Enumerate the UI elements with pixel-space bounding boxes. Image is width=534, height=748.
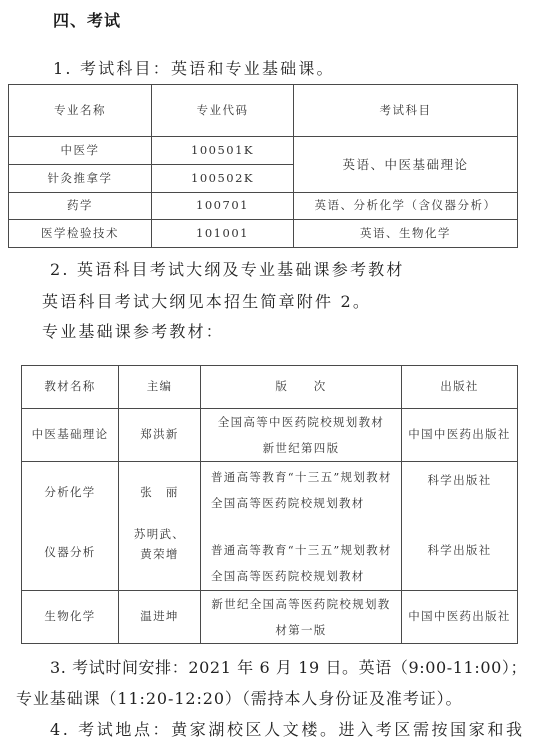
major-code: 101001 [152,220,294,248]
table-row: 中医学 100501K 英语、中医基础理论 [9,137,518,165]
textbook-edition: 普通高等教育“十三五”规划教材 全国高等医药院校规划教材 [201,462,402,524]
textbook-publisher: 中国中医药出版社 [402,409,518,462]
textbook-publisher: 科学出版社 [402,524,518,591]
header-major-code: 专业代码 [152,85,294,137]
table-row: 生物化学 温进坤 新世纪全国高等医药院校规划教 材第一版 中国中医药出版社 [22,591,518,644]
major-code: 100701 [152,193,294,220]
textbook-title: 生物化学 [22,591,119,644]
item2-heading: 2. 英语科目考试大纲及专业基础课参考教材 [50,257,405,280]
exam-subjects: 英语、分析化学（含仪器分析） [294,193,518,220]
header-publisher: 出版社 [402,366,518,409]
item3-exam-schedule: 3. 考试时间安排：2021 年 6 月 19 日。英语（9:00-11:00）… [50,655,527,678]
table-header-row: 教材名称 主编 版 次 出版社 [22,366,518,409]
textbook-edition: 普通高等教育“十三五”规划教材 全国高等医药院校规划教材 [201,524,402,591]
textbook-editor: 郑洪新 [119,409,201,462]
textbook-editor: 苏明武、 黄荣增 [119,524,201,591]
major-name: 药学 [9,193,152,220]
textbook-edition: 全国高等中医药院校规划教材 新世纪第四版 [201,409,402,462]
major-code: 100502K [152,165,294,193]
major-name: 中医学 [9,137,152,165]
header-textbook-title: 教材名称 [22,366,119,409]
textbook-title: 仪器分析 [22,524,119,591]
edition-line: 全国高等中医药院校规划教材 [201,409,401,435]
table-row: 药学 100701 英语、分析化学（含仪器分析） [9,193,518,220]
major-name: 针灸推拿学 [9,165,152,193]
item3-exam-schedule-cont: 专业基础课（11:20-12:20）（需持本人身份证及准考证）。 [16,686,462,709]
textbook-publisher: 中国中医药出版社 [402,591,518,644]
item1-exam-subjects: 1. 考试科目：英语和专业基础课。 [53,56,335,79]
section-heading: 四、考试 [53,8,121,31]
header-exam-subjects: 考试科目 [294,85,518,137]
textbook-title: 分析化学 [22,462,119,524]
header-major-name: 专业名称 [9,85,152,137]
table-header-row: 专业名称 专业代码 考试科目 [9,85,518,137]
textbook-editor: 张 丽 [119,462,201,524]
exam-subjects: 英语、生物化学 [294,220,518,248]
editor-line: 黄荣增 [119,544,200,564]
textbook-publisher: 科学出版社 [402,462,518,524]
textbook-title: 中医基础理论 [22,409,119,462]
textbooks-table: 教材名称 主编 版 次 出版社 中医基础理论 郑洪新 全国高等中医药院校规划教材… [21,365,518,644]
edition-line: 全国高等医药院校规划教材 [211,563,401,589]
item4-exam-location: 4. 考试地点：黄家湖校区人文楼。进入考区需按国家和我 [50,717,525,740]
header-editor: 主编 [119,366,201,409]
item2-textbooks-label: 专业基础课参考教材： [42,319,224,342]
editor-line: 苏明武、 [119,524,200,544]
edition-line: 新世纪全国高等医药院校规划教 [201,591,401,617]
textbook-edition: 新世纪全国高等医药院校规划教 材第一版 [201,591,402,644]
header-edition: 版 次 [201,366,402,409]
textbook-editor: 温进坤 [119,591,201,644]
major-name: 医学检验技术 [9,220,152,248]
edition-line: 材第一版 [201,617,401,643]
table-row: 中医基础理论 郑洪新 全国高等中医药院校规划教材 新世纪第四版 中国中医药出版社 [22,409,518,462]
edition-line: 新世纪第四版 [201,435,401,461]
major-code: 100501K [152,137,294,165]
subjects-table: 专业名称 专业代码 考试科目 中医学 100501K 英语、中医基础理论 针灸推… [8,84,518,248]
edition-line: 全国高等医药院校规划教材 [211,490,401,516]
table-row: 医学检验技术 101001 英语、生物化学 [9,220,518,248]
edition-line: 普通高等教育“十三五”规划教材 [211,537,401,563]
exam-subjects: 英语、中医基础理论 [294,137,518,193]
item2-syllabus-note: 英语科目考试大纲见本招生简章附件 2。 [42,289,371,312]
table-row: 分析化学 张 丽 普通高等教育“十三五”规划教材 全国高等医药院校规划教材 科学… [22,462,518,524]
edition-line: 普通高等教育“十三五”规划教材 [211,464,401,490]
table-row: 仪器分析 苏明武、 黄荣增 普通高等教育“十三五”规划教材 全国高等医药院校规划… [22,524,518,591]
